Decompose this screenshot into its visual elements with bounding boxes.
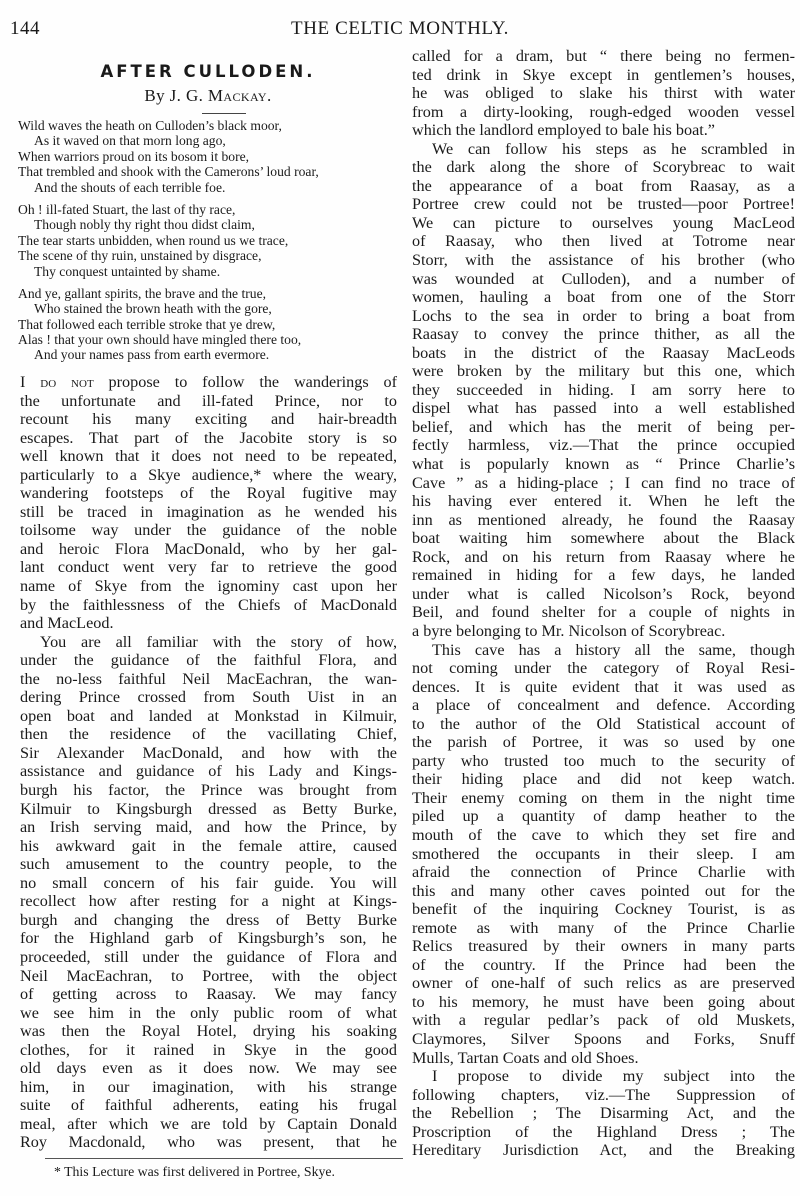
text-line: assistance and guidance of his Lady and … <box>20 762 397 781</box>
text-line: what is popularly known as “ Prince Char… <box>412 455 795 474</box>
text-line: still be traced in imagination as he wen… <box>20 503 397 522</box>
poem-line: When warriors proud on its bosom it bore… <box>18 149 398 164</box>
text-line: his having ever entered it. When he left… <box>412 492 795 511</box>
poem-line: Though nobly thy right thou didst claim, <box>18 217 398 232</box>
text-line: called for a dram, but “ there being no … <box>412 47 795 66</box>
text-line: fectly harmless, viz.—That the prince oc… <box>412 436 795 455</box>
poem-line: Who stained the brown heath with the gor… <box>18 301 398 316</box>
text-line: burgh his factor, the Prince was brought… <box>20 781 397 800</box>
text-line: an Irish serving maid, and how the Princ… <box>20 818 397 837</box>
text-line: were broken by the military but this one… <box>412 362 795 381</box>
text-line: Claymores, Silver Spoons and Forks, Snuf… <box>412 1030 795 1049</box>
text-line: the parish of Portree, it was so used by… <box>412 733 795 752</box>
text-line: a byre belonging to Mr. Nicolson of Scor… <box>412 622 795 641</box>
title-divider <box>202 113 246 114</box>
text-line: no small concern of his fair guide. You … <box>20 874 397 893</box>
text-line: was wounded at Culloden), and a number o… <box>412 270 795 289</box>
text-line: smothered the occupants in their sleep. … <box>412 845 795 864</box>
text-line: the Rebellion ; The Disarming Act, and t… <box>412 1104 795 1123</box>
text-line: I do not propose to follow the wandering… <box>20 373 397 392</box>
text-line: then the residence of the vacillating Ch… <box>20 725 397 744</box>
text-line: they succeeded in hiding. I am sorry her… <box>412 381 795 400</box>
text-line: ted drink in Skye except in gentlemen’s … <box>412 66 795 85</box>
text-line: I propose to divide my subject into the <box>412 1067 795 1086</box>
poem-line: Thy conquest untainted by shame. <box>18 264 398 279</box>
text-line: recount his many exciting and hair-bread… <box>20 410 397 429</box>
text-line: piled up a quantity of damp heather to t… <box>412 807 795 826</box>
text-line: of getting across to Raasay. We may fanc… <box>20 985 397 1004</box>
text-line: we see him in the only public room of wh… <box>20 1004 397 1023</box>
poem-stanza: And ye, gallant spirits, the brave and t… <box>18 286 398 363</box>
poem-stanza: Wild waves the heath on Culloden’s black… <box>18 118 398 195</box>
text-line: their hiding place and did not keep watc… <box>412 770 795 789</box>
left-body-text: I do not propose to follow the wandering… <box>20 373 397 1152</box>
text-line: Neil MacEachran, to Portree, with the ob… <box>20 967 397 986</box>
text-line: clothes, for it rained in Skye in the go… <box>20 1041 397 1060</box>
opening-smallcaps: do not <box>40 373 93 391</box>
text-line: escapes. That part of the Jacobite story… <box>20 429 397 448</box>
text-line: not coming under the category of Royal R… <box>412 659 795 678</box>
text-line: with a regular pedlar’s pack of old Musk… <box>412 1011 795 1030</box>
author-name: J. G. Mackay. <box>170 86 272 105</box>
byline: By J. G. Mackay. <box>48 86 368 106</box>
poem: Wild waves the heath on Culloden’s black… <box>18 118 398 370</box>
text-line: such amusement to the country people, to… <box>20 855 397 874</box>
text-line: We can follow his steps as he scrambled … <box>412 140 795 159</box>
text-line: under what is called Nicolson’s Rock, be… <box>412 585 795 604</box>
text-line: proceeded, still under the guidance of F… <box>20 948 397 967</box>
text-line: well known that it does not need to be r… <box>20 447 397 466</box>
text-line: Proscription of the Highland Dress ; The <box>412 1123 795 1142</box>
text-line: Kilmuir to Kingsburgh dressed as Betty B… <box>20 800 397 819</box>
text-line: the dark along the shore of Scorybreac t… <box>412 158 795 177</box>
text-line: burgh and changing the dress of Betty Bu… <box>20 911 397 930</box>
text-line: to his memory, he must have been going a… <box>412 993 795 1012</box>
text-line: Hereditary Jurisdiction Act, and the Bre… <box>412 1141 795 1160</box>
text-line: and MacLeod. <box>20 614 397 633</box>
text-line: suite of faithful adherents, eating his … <box>20 1096 397 1115</box>
text-line: dering Prince crossed from South Uist in… <box>20 688 397 707</box>
text-line: remote as with many of the Prince Charli… <box>412 919 795 938</box>
text-line: and heroic Flora MacDonald, who by her g… <box>20 540 397 559</box>
text-line: from a dirty-looking, rough-edged wooden… <box>412 103 795 122</box>
drop-initial: I <box>20 373 25 391</box>
text-line: belief, and which has the merit of being… <box>412 418 795 437</box>
text-line: Mulls, Tartan Coats and old Shoes. <box>412 1049 795 1068</box>
text-line: Cave ” as a hiding-place ; I can find no… <box>412 474 795 493</box>
text-line: under the guidance of the faithful Flora… <box>20 651 397 670</box>
text-line: Rock, and on his return from Raasay wher… <box>412 548 795 567</box>
text-line: particularly to a Skye audience,* where … <box>20 466 397 485</box>
poem-line: Wild waves the heath on Culloden’s black… <box>18 118 398 133</box>
poem-line: As it waved on that morn long ago, <box>18 133 398 148</box>
text-line: the no-less faithful Neil MacEachran, th… <box>20 670 397 689</box>
footnote: * This Lecture was first delivered in Po… <box>54 1164 335 1180</box>
page-header: 144 THE CELTIC MONTHLY. <box>0 18 800 48</box>
text-line: by the faithlessness of the Chiefs of Ma… <box>20 596 397 615</box>
text-line: wandering footsteps of the Royal fugitiv… <box>20 484 397 503</box>
text-line: meal, after which we are told by Captain… <box>20 1115 397 1134</box>
text-line: women, hauling a boat from one of the St… <box>412 288 795 307</box>
poem-line: The scene of thy ruin, unstained by disg… <box>18 248 398 263</box>
poem-line: That followed each terrible stroke that … <box>18 317 398 332</box>
text-line: following chapters, viz.—The Suppression… <box>412 1086 795 1105</box>
poem-line: Oh ! ill-fated Stuart, the last of thy r… <box>18 202 398 217</box>
page-number: 144 <box>10 18 40 40</box>
text-line: mouth of the cave to which they set fire… <box>412 826 795 845</box>
poem-line: And your names pass from earth evermore. <box>18 347 398 362</box>
text-line: which the landlord employed to bale his … <box>412 121 795 140</box>
text-line: lant conduct went very far to retrieve t… <box>20 558 397 577</box>
poem-line: Alas ! that your own should have mingled… <box>18 332 398 347</box>
poem-line: And ye, gallant spirits, the brave and t… <box>18 286 398 301</box>
text-line: boat waiting him somewhere about the Bla… <box>412 529 795 548</box>
text-line: afraid the connection of Prince Charlie … <box>412 863 795 882</box>
text-line: This cave has a history all the same, th… <box>412 641 795 660</box>
text-line: We can picture to ourselves young MacLeo… <box>412 214 795 233</box>
text-line: toilsome way under the guidance of the n… <box>20 521 397 540</box>
article-title: AFTER CULLODEN. <box>48 62 368 81</box>
text-line: recollect how after resting for a night … <box>20 892 397 911</box>
byline-prefix: By <box>144 86 165 105</box>
text-line: the unfortunate and ill-fated Prince, no… <box>20 392 397 411</box>
text-line: inn as mentioned already, he found the R… <box>412 511 795 530</box>
text-line: was then the Royal Hotel, drying his soa… <box>20 1022 397 1041</box>
poem-stanza: Oh ! ill-fated Stuart, the last of thy r… <box>18 202 398 279</box>
poem-line: That trembled and shook with the Cameron… <box>18 164 398 179</box>
text-line: benefit of the inquiring Cockney Tourist… <box>412 900 795 919</box>
poem-line: The tear starts unbidden, when round us … <box>18 233 398 248</box>
text-line: Lochs to the sea in order to bring a boa… <box>412 307 795 326</box>
text-line: remained in hiding for a few days, he la… <box>412 566 795 585</box>
text-line: Roy Macdonald, who was present, that he <box>20 1133 397 1152</box>
text-line: Relics treasured by their owners in many… <box>412 937 795 956</box>
text-line: owner of one-half of such relics as are … <box>412 974 795 993</box>
text-line: this and many other caves pointed out fo… <box>412 882 795 901</box>
text-line: Storr, with the assistance of his brothe… <box>412 251 795 270</box>
running-title: THE CELTIC MONTHLY. <box>180 18 620 40</box>
footnote-divider <box>45 1158 403 1159</box>
text-line: for the Highland garb of Kingsburgh’s so… <box>20 929 397 948</box>
text-line: dences. It is quite evident that it was … <box>412 678 795 697</box>
text-line: he was obliged to slake his thirst with … <box>412 84 795 103</box>
text-line: of Raasay, who then lived at Totrome nea… <box>412 232 795 251</box>
text-line: old days even as it does now. We may see <box>20 1059 397 1078</box>
text-line: You are all familiar with the story of h… <box>20 633 397 652</box>
text-line: Beil, and found shelter for a couple of … <box>412 603 795 622</box>
text-line: party who trusted too much to the securi… <box>412 752 795 771</box>
text-line: of the country. If the Prince had been t… <box>412 956 795 975</box>
text-line: Raasay to convey the prince thither, as … <box>412 325 795 344</box>
text-line: his awkward gait in the female attire, c… <box>20 837 397 856</box>
text-line: a place of concealment and defence. Acco… <box>412 696 795 715</box>
text-line: Sir Alexander MacDonald, and how with th… <box>20 744 397 763</box>
text-line: the appearance of a boat from Raasay, as… <box>412 177 795 196</box>
text-line: open boat and landed at Monkstad in Kilm… <box>20 707 397 726</box>
text-line: dispel what has passed into a well estab… <box>412 399 795 418</box>
text-line: name of Skye from the ignominy cast upon… <box>20 577 397 596</box>
text-line: Their enemy coming on them in the night … <box>412 789 795 808</box>
text-line: to the author of the Old Statistical acc… <box>412 715 795 734</box>
text-line: boats in the district of the Raasay MacL… <box>412 344 795 363</box>
text-line: Portree crew could not be trusted—poor P… <box>412 195 795 214</box>
text-line: him, in our imagination, with his strang… <box>20 1078 397 1097</box>
poem-line: And the shouts of each terrible foe. <box>18 180 398 195</box>
right-body-text: called for a dram, but “ there being no … <box>412 47 795 1160</box>
